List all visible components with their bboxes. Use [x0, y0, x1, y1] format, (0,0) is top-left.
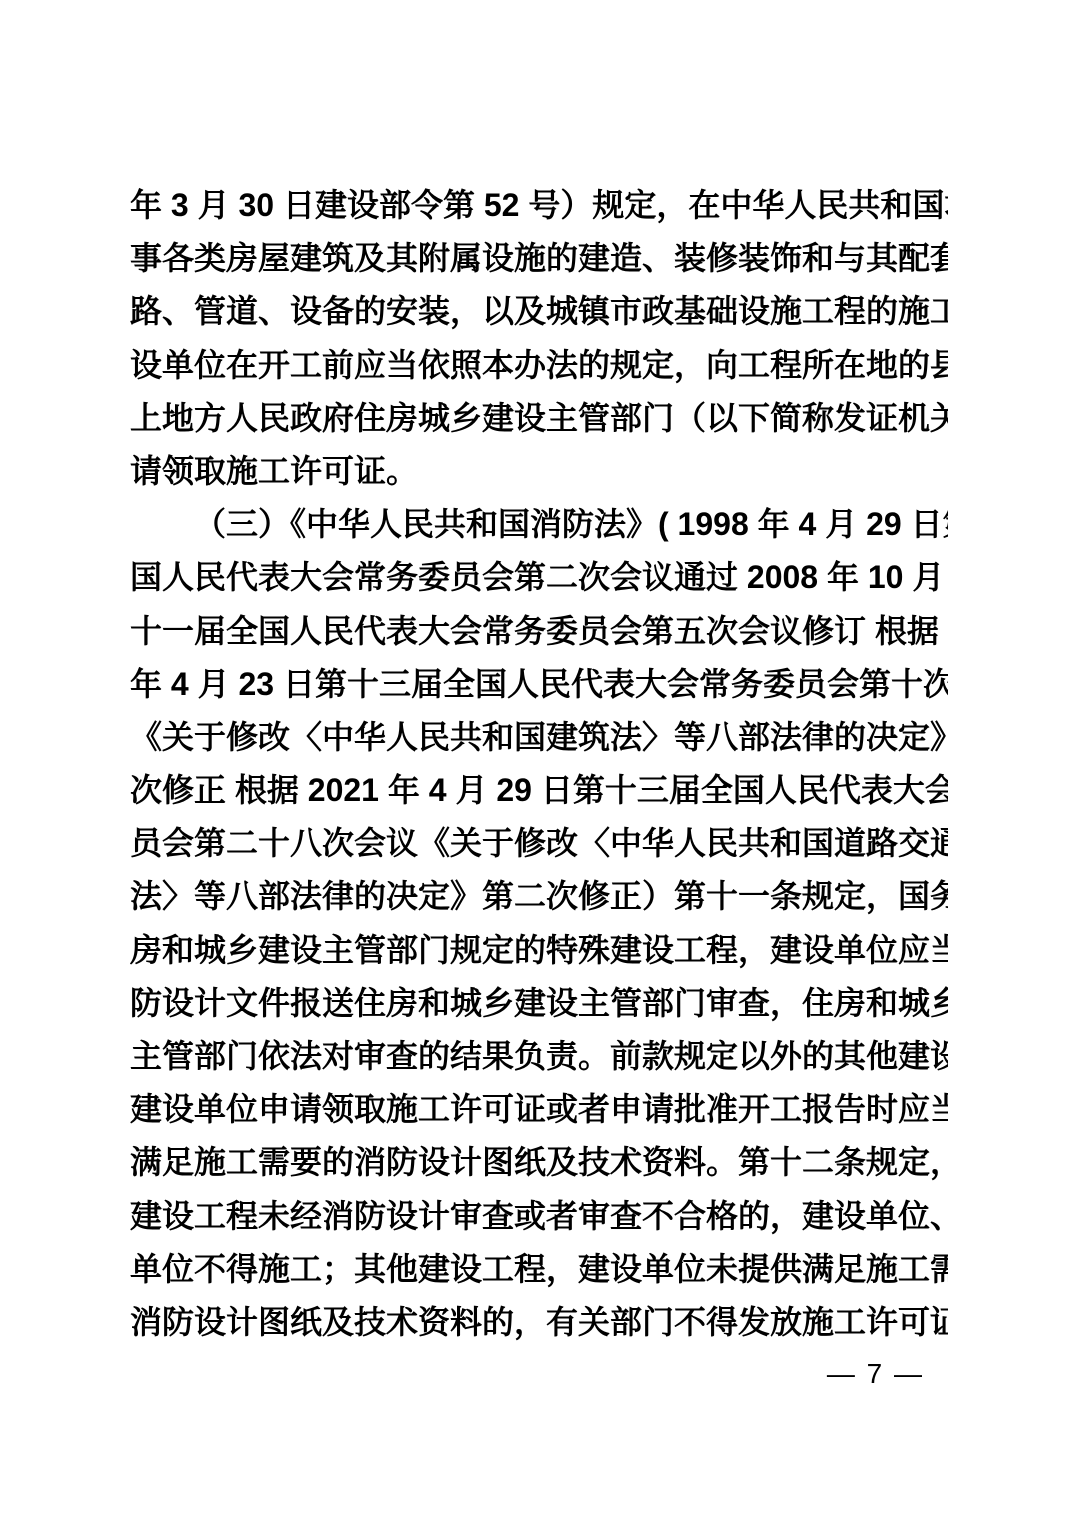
text-line: 《关于修改〈中华人民共和国建筑法〉等八部法律的决定》第一	[130, 711, 948, 764]
text-line: 事各类房屋建筑及其附属设施的建造、装修装饰和与其配套的线	[130, 232, 948, 285]
text-line: 消防设计图纸及技术资料的，有关部门不得发放施工许可证或者	[130, 1296, 948, 1349]
text-line: 员会第二十八次会议《关于修改〈中华人民共和国道路交通安全	[130, 817, 948, 870]
text-line: 主管部门依法对审查的结果负责。前款规定以外的其他建设工程，	[130, 1030, 948, 1083]
text-line: 单位不得施工；其他建设工程，建设单位未提供满足施工需要的	[130, 1243, 948, 1296]
text-line: 满足施工需要的消防设计图纸及技术资料。第十二条规定，特殊	[130, 1136, 948, 1189]
text-line-paragraph-start: （三）《中华人民共和国消防法》( 1998 年 4 月 29 日第九届全	[130, 498, 948, 551]
text-line: 防设计文件报送住房和城乡建设主管部门审查，住房和城乡建设	[130, 977, 948, 1030]
body-text-block: 年 3 月 30 日建设部令第 52 号）规定，在中华人民共和国境内从 事各类房…	[130, 179, 948, 1349]
text-line: 年 4 月 23 日第十三届全国人民代表大会常务委员会第十次会议	[130, 658, 948, 711]
text-line: 年 3 月 30 日建设部令第 52 号）规定，在中华人民共和国境内从	[130, 179, 948, 232]
text-line: 路、管道、设备的安装，以及城镇市政基础设施工程的施工，建	[130, 285, 948, 338]
text-line: 次修正 根据 2021 年 4 月 29 日第十三届全国人民代表大会常务委	[130, 764, 948, 817]
text-line: 房和城乡建设主管部门规定的特殊建设工程，建设单位应当将消	[130, 924, 948, 977]
text-line: 请领取施工许可证。	[130, 445, 948, 498]
text-line: 建设工程未经消防设计审查或者审查不合格的，建设单位、施工	[130, 1190, 948, 1243]
text-line: 建设单位申请领取施工许可证或者申请批准开工报告时应当提供	[130, 1083, 948, 1136]
text-line: 十一届全国人民代表大会常务委员会第五次会议修订 根据 2019	[130, 605, 948, 658]
text-line: 上地方人民政府住房城乡建设主管部门（以下简称发证机关）申	[130, 392, 948, 445]
page-number: — 7 —	[827, 1358, 924, 1390]
text-line: 设单位在开工前应当依照本办法的规定，向工程所在地的县级以	[130, 339, 948, 392]
text-line: 国人民代表大会常务委员会第二次会议通过 2008 年 10 月 28 日第	[130, 551, 948, 604]
document-page: 年 3 月 30 日建设部令第 52 号）规定，在中华人民共和国境内从 事各类房…	[0, 0, 1074, 1520]
text-line: 法〉等八部法律的决定》第二次修正）第十一条规定，国务院住	[130, 870, 948, 923]
